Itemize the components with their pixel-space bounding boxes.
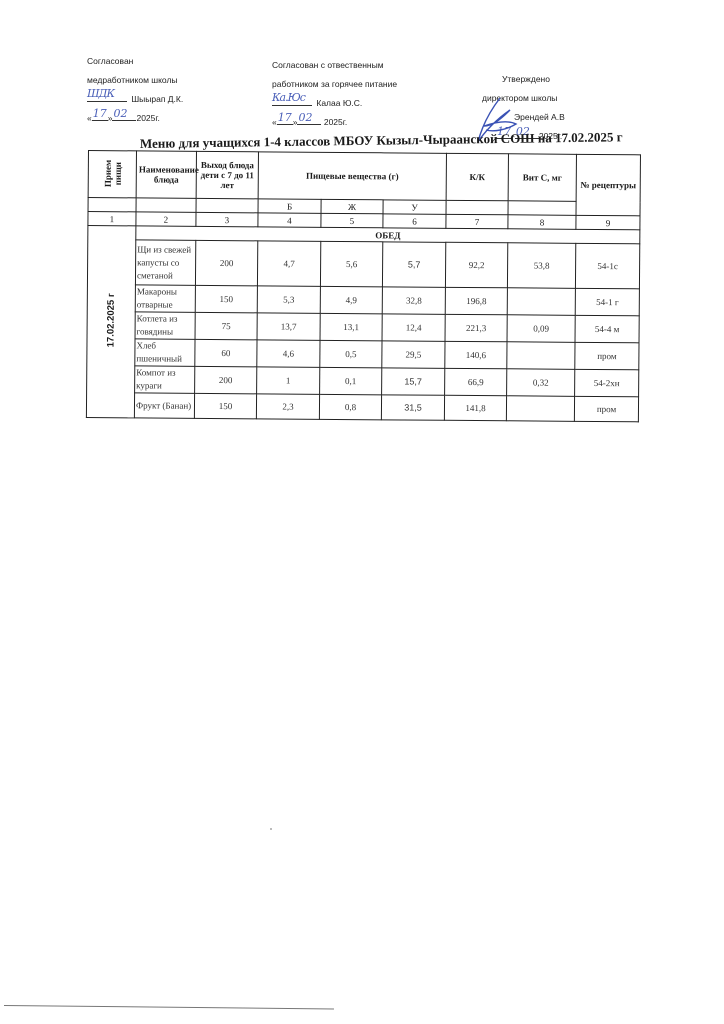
- col-number: 5: [321, 213, 383, 227]
- header-meal: Прием пищи: [88, 151, 136, 198]
- col-number: 1: [88, 212, 136, 226]
- dish-recipe: пром: [575, 342, 639, 370]
- handwritten-signature: ШДК: [87, 84, 114, 103]
- dish-output: 75: [195, 312, 257, 339]
- col-number: 8: [508, 215, 576, 230]
- dish-output: 150: [195, 285, 257, 312]
- meal-date-cell: 17.02.2025 г: [86, 226, 136, 418]
- dish-protein: 5,3: [257, 286, 320, 313]
- dish-protein: 13,7: [257, 313, 320, 340]
- dish-vitc: [506, 396, 574, 422]
- dish-output: 150: [194, 393, 256, 418]
- dish-name: Макароны отварные: [135, 285, 195, 312]
- handwritten-signature: Ка.Юс: [272, 88, 305, 107]
- menu-table: Прием пищи Наименование блюда Выход блюд…: [86, 150, 641, 422]
- dish-carbs: 31,5: [381, 395, 444, 420]
- table-row: Фрукт (Банан) 150 2,3 0,8 31,5 141,8 про…: [86, 392, 638, 421]
- col-number: 4: [258, 213, 321, 227]
- col-number: 6: [383, 214, 446, 228]
- scan-edge-line: [4, 1005, 334, 1009]
- subheader-fat: Ж: [321, 199, 383, 213]
- col-number: 2: [136, 212, 196, 226]
- header-kk: К/К: [446, 153, 508, 200]
- date-day-field: 17: [277, 113, 293, 125]
- dish-name: Щи из свежей капусты со сметаной: [135, 240, 195, 285]
- dish-carbs: 5,7: [382, 242, 445, 287]
- dish-kk: 221,3: [445, 314, 507, 341]
- dish-vitc: [507, 342, 575, 370]
- dish-fat: 0,8: [319, 394, 381, 419]
- page-title: Меню для учащихся 1-4 классов МБОУ Кызыл…: [140, 129, 640, 152]
- col-number: 9: [576, 215, 640, 230]
- header-recipe: № рецептуры: [576, 154, 640, 216]
- header-row: Прием пищи Наименование блюда Выход блюд…: [88, 151, 640, 202]
- signature-line: Ка.Юс: [272, 94, 312, 106]
- header-output: Выход блюда дети с 7 до 11 лет: [196, 151, 258, 198]
- approval-medical-line1: Согласован: [87, 52, 183, 71]
- dish-vitc: 0,09: [507, 315, 575, 343]
- approval-responsible-name: Калаа Ю.С.: [316, 98, 362, 108]
- dish-vitc: [507, 288, 575, 316]
- approval-responsible-line1: Согласован с отвественным: [272, 56, 397, 75]
- dish-fat: 0,5: [320, 340, 382, 367]
- dish-kk: 92,2: [445, 242, 507, 287]
- col-number: 7: [446, 214, 508, 228]
- dish-name: Хлеб пшеничный: [135, 339, 195, 366]
- subheader-carbs: У: [383, 200, 446, 214]
- signature-line: ШДК: [87, 90, 127, 102]
- date-day-field: 17: [92, 109, 108, 121]
- date-month-field: 02: [112, 109, 136, 121]
- header-nutrients: Пищевые вещества (г): [258, 152, 446, 200]
- dish-vitc: 0,32: [507, 369, 575, 397]
- dish-name: Фрукт (Банан): [134, 393, 194, 418]
- table-row: Макароны отварные 150 5,3 4,9 32,8 196,8…: [87, 284, 639, 315]
- dish-carbs: 29,5: [382, 341, 445, 368]
- dish-protein: 1: [257, 367, 320, 394]
- dish-output: 200: [195, 240, 257, 285]
- approval-medical-name: Шыырап Д.К.: [131, 94, 183, 104]
- dish-carbs: 32,8: [382, 287, 445, 314]
- approval-medical: Согласован медработником школы ШДК Шыыра…: [87, 52, 183, 128]
- dish-recipe: 54-1 г: [575, 288, 639, 316]
- table-row: Котлета из говядины 75 13,7 13,1 12,4 22…: [87, 311, 639, 342]
- dish-fat: 0,1: [320, 367, 382, 394]
- dish-kk: 141,8: [444, 395, 506, 420]
- dish-vitc: 53,8: [507, 243, 575, 289]
- menu-table-container: Прием пищи Наименование блюда Выход блюд…: [86, 150, 640, 422]
- date-year: 2025г.: [324, 117, 347, 127]
- dish-recipe: пром: [574, 396, 638, 422]
- dish-protein: 2,3: [256, 394, 319, 419]
- dish-output: 60: [195, 339, 257, 366]
- dish-kk: 66,9: [445, 368, 507, 395]
- table-row: Компот из кураги 200 1 0,1 15,7 66,9 0,3…: [87, 365, 639, 396]
- scan-speck: [270, 828, 272, 830]
- dish-kk: 140,6: [445, 341, 507, 368]
- dish-output: 200: [195, 366, 257, 393]
- dish-name: Котлета из говядины: [135, 312, 195, 339]
- dish-kk: 196,8: [445, 287, 507, 314]
- subheader-protein: Б: [258, 199, 321, 213]
- table-row: Хлеб пшеничный 60 4,6 0,5 29,5 140,6 про…: [87, 338, 639, 369]
- dish-fat: 5,6: [320, 241, 382, 286]
- dish-recipe: 54-4 м: [575, 315, 639, 343]
- header-vitc: Вит С, мг: [508, 154, 576, 202]
- dish-name: Компот из кураги: [135, 366, 195, 393]
- header-dish-name: Наименование блюда: [136, 151, 196, 198]
- dish-fat: 4,9: [320, 286, 382, 313]
- approval-responsible: Согласован с отвественным работником за …: [272, 56, 397, 132]
- date-year: 2025г.: [136, 113, 159, 123]
- date-month-field: 02: [297, 113, 321, 125]
- dish-carbs: 15,7: [382, 368, 445, 395]
- col-number: 3: [196, 212, 258, 226]
- dish-protein: 4,7: [257, 241, 320, 286]
- table-row: Щи из свежей капусты со сметаной 200 4,7…: [87, 240, 639, 289]
- dish-protein: 4,6: [257, 340, 320, 367]
- dish-recipe: 54-1с: [575, 243, 639, 289]
- dish-carbs: 12,4: [382, 314, 445, 341]
- dish-recipe: 54-2хн: [575, 369, 639, 397]
- approval-director-line1: Утверждено: [482, 70, 565, 89]
- dish-fat: 13,1: [320, 313, 382, 340]
